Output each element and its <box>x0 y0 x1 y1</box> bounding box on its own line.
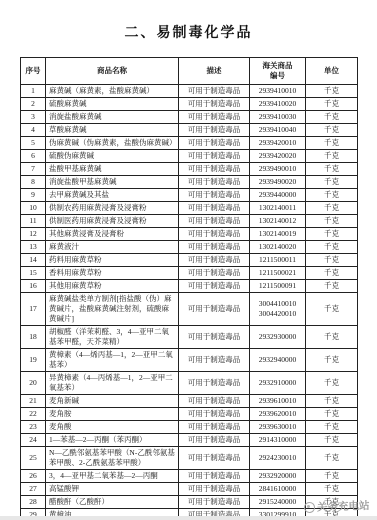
product-name: 胡椒醛（洋茉莉醛、3，4—亚甲二氧基苯甲醛，天芥菜精） <box>46 326 179 349</box>
product-name: 醋酸酐（乙酸酐） <box>46 496 179 509</box>
hs-code: 3004410010 3004420010 <box>250 293 306 326</box>
product-name: 供制医药用麻黄浸膏及浸膏粉 <box>46 215 179 228</box>
unit: 千克 <box>306 189 358 202</box>
description: 可用于制造毒品 <box>179 228 250 241</box>
unit: 千克 <box>306 395 358 408</box>
unit: 千克 <box>306 326 358 349</box>
table-row: 1麻黄碱（麻黄素，盐酸麻黄碱）可用于制造毒品2939410010千克 <box>21 85 358 98</box>
unit: 千克 <box>306 111 358 124</box>
row-number: 6 <box>21 150 46 163</box>
description: 可用于制造毒品 <box>179 241 250 254</box>
hs-code: 2841610000 <box>250 483 306 496</box>
table-row: 11供制医药用麻黄浸膏及浸膏粉可用于制造毒品1302140012千克 <box>21 215 358 228</box>
watermark-text: 关务充电站 <box>316 498 369 515</box>
description: 可用于制造毒品 <box>179 408 250 421</box>
hs-code: 2932910000 <box>250 372 306 395</box>
unit: 千克 <box>306 470 358 483</box>
table-row: 8消旋盐酸甲基麻黄碱可用于制造毒品2939490020千克 <box>21 176 358 189</box>
row-number: 12 <box>21 228 46 241</box>
description: 可用于制造毒品 <box>179 496 250 509</box>
table-row: 18胡椒醛（洋茉莉醛、3，4—亚甲二氧基苯甲醛，天芥菜精）可用于制造毒品2932… <box>21 326 358 349</box>
row-number: 7 <box>21 163 46 176</box>
description: 可用于制造毒品 <box>179 176 250 189</box>
column-header: 描述 <box>179 58 250 85</box>
description: 可用于制造毒品 <box>179 267 250 280</box>
table-row: 13麻黄液汁可用于制造毒品1302140020千克 <box>21 241 358 254</box>
product-name: 去甲麻黄碱及其盐 <box>46 189 179 202</box>
row-number: 28 <box>21 496 46 509</box>
product-name: 硫酸麻黄碱 <box>46 98 179 111</box>
hs-code: 2939630010 <box>250 421 306 434</box>
row-number: 18 <box>21 326 46 349</box>
unit: 千克 <box>306 228 358 241</box>
description: 可用于制造毒品 <box>179 124 250 137</box>
table-row: 25N—乙酰邻氨基苯甲酸（N-乙酰邻氨基苯甲酸、2-乙酰氨基苯甲酸）可用于制造毒… <box>21 447 358 470</box>
table-row: 17麻黄碱盐类单方制剂[指盐酸（伪）麻黄碱片，盐酸麻黄碱注射剂，硫酸麻黄碱片]可… <box>21 293 358 326</box>
product-name: 黄樟素（4—烯丙基—1，2—亚甲二氧基苯） <box>46 349 179 372</box>
watermark-logo-icon <box>303 502 314 513</box>
table-row: 4草酸麻黄碱可用于制造毒品2939410040千克 <box>21 124 358 137</box>
bottom-separator <box>0 516 377 520</box>
table-row: 12其他麻黄浸膏及浸膏粉可用于制造毒品1302140019千克 <box>21 228 358 241</box>
hs-code: 1302140019 <box>250 228 306 241</box>
unit: 千克 <box>306 98 358 111</box>
row-number: 11 <box>21 215 46 228</box>
unit: 千克 <box>306 483 358 496</box>
hs-code: 2932940000 <box>250 349 306 372</box>
product-name: 1—苯基—2—丙酮（苯丙酮） <box>46 434 179 447</box>
product-name: 麻黄液汁 <box>46 241 179 254</box>
product-name: 香料用麻黄草粉 <box>46 267 179 280</box>
unit: 千克 <box>306 137 358 150</box>
hs-code: 2939440000 <box>250 189 306 202</box>
table-row: 20异黄樟素（4—丙烯基—1，2—亚甲二氧基苯）可用于制造毒品293291000… <box>21 372 358 395</box>
table-row: 2硫酸麻黄碱可用于制造毒品2939410020千克 <box>21 98 358 111</box>
hs-code: 2932920000 <box>250 470 306 483</box>
hs-code: 2939610010 <box>250 395 306 408</box>
unit: 千克 <box>306 124 358 137</box>
hs-code: 2939420010 <box>250 137 306 150</box>
column-header: 单位 <box>306 58 358 85</box>
table-row: 6硫酸伪麻黄碱可用于制造毒品2939420020千克 <box>21 150 358 163</box>
table-row: 7盐酸甲基麻黄碱可用于制造毒品2939490010千克 <box>21 163 358 176</box>
hs-code: 2939620010 <box>250 408 306 421</box>
hs-code: 1211500011 <box>250 254 306 267</box>
product-name: 麻黄碱盐类单方制剂[指盐酸（伪）麻黄碱片，盐酸麻黄碱注射剂，硫酸麻黄碱片] <box>46 293 179 326</box>
product-name: 伪麻黄碱（伪麻黄素，盐酸伪麻黄碱） <box>46 137 179 150</box>
description: 可用于制造毒品 <box>179 150 250 163</box>
description: 可用于制造毒品 <box>179 215 250 228</box>
table-row: 14药料用麻黄草粉可用于制造毒品1211500011千克 <box>21 254 358 267</box>
product-name: N—乙酰邻氨基苯甲酸（N-乙酰邻氨基苯甲酸、2-乙酰氨基苯甲酸） <box>46 447 179 470</box>
watermark: 关务充电站 <box>303 498 369 515</box>
row-number: 26 <box>21 470 46 483</box>
row-number: 14 <box>21 254 46 267</box>
description: 可用于制造毒品 <box>179 280 250 293</box>
hs-code: 1211500021 <box>250 267 306 280</box>
description: 可用于制造毒品 <box>179 189 250 202</box>
unit: 千克 <box>306 241 358 254</box>
description: 可用于制造毒品 <box>179 326 250 349</box>
unit: 千克 <box>306 372 358 395</box>
row-number: 4 <box>21 124 46 137</box>
product-name: 其他麻黄浸膏及浸膏粉 <box>46 228 179 241</box>
row-number: 27 <box>21 483 46 496</box>
unit: 千克 <box>306 267 358 280</box>
table-body: 1麻黄碱（麻黄素，盐酸麻黄碱）可用于制造毒品2939410010千克2硫酸麻黄碱… <box>21 85 358 520</box>
hs-code: 2924230010 <box>250 447 306 470</box>
product-name: 麦角酸 <box>46 421 179 434</box>
column-header: 商品名称 <box>46 58 179 85</box>
row-number: 19 <box>21 349 46 372</box>
row-number: 16 <box>21 280 46 293</box>
hs-code: 2939420020 <box>250 150 306 163</box>
row-number: 1 <box>21 85 46 98</box>
unit: 千克 <box>306 349 358 372</box>
hs-code: 1302140012 <box>250 215 306 228</box>
row-number: 3 <box>21 111 46 124</box>
description: 可用于制造毒品 <box>179 293 250 326</box>
unit: 千克 <box>306 254 358 267</box>
table-row: 15香料用麻黄草粉可用于制造毒品1211500021千克 <box>21 267 358 280</box>
product-name: 麦角胺 <box>46 408 179 421</box>
description: 可用于制造毒品 <box>179 470 250 483</box>
row-number: 5 <box>21 137 46 150</box>
table-row: 3消旋盐酸麻黄碱可用于制造毒品2939410030千克 <box>21 111 358 124</box>
row-number: 9 <box>21 189 46 202</box>
column-header: 序号 <box>21 58 46 85</box>
precursor-chemicals-table: 序号商品名称描述海关商品 编号单位 1麻黄碱（麻黄素，盐酸麻黄碱）可用于制造毒品… <box>20 57 358 520</box>
product-name: 麦角新碱 <box>46 395 179 408</box>
description: 可用于制造毒品 <box>179 85 250 98</box>
unit: 千克 <box>306 293 358 326</box>
table-row: 21麦角新碱可用于制造毒品2939610010千克 <box>21 395 358 408</box>
table-row: 22麦角胺可用于制造毒品2939620010千克 <box>21 408 358 421</box>
product-name: 硫酸伪麻黄碱 <box>46 150 179 163</box>
table-row: 23麦角酸可用于制造毒品2939630010千克 <box>21 421 358 434</box>
hs-code: 2914310000 <box>250 434 306 447</box>
table-row: 263，4—亚甲基二氧苯基—2—丙酮可用于制造毒品2932920000千克 <box>21 470 358 483</box>
column-header: 海关商品 编号 <box>250 58 306 85</box>
hs-code: 2939410030 <box>250 111 306 124</box>
product-name: 草酸麻黄碱 <box>46 124 179 137</box>
unit: 千克 <box>306 421 358 434</box>
description: 可用于制造毒品 <box>179 163 250 176</box>
unit: 千克 <box>306 202 358 215</box>
table-row: 27高锰酸钾可用于制造毒品2841610000千克 <box>21 483 358 496</box>
product-name: 异黄樟素（4—丙烯基—1，2—亚甲二氧基苯） <box>46 372 179 395</box>
product-name: 消旋盐酸甲基麻黄碱 <box>46 176 179 189</box>
table-row: 241—苯基—2—丙酮（苯丙酮）可用于制造毒品2914310000千克 <box>21 434 358 447</box>
product-name: 药料用麻黄草粉 <box>46 254 179 267</box>
unit: 千克 <box>306 85 358 98</box>
hs-code: 2939410020 <box>250 98 306 111</box>
product-name: 供制农药用麻黄浸膏及浸膏粉 <box>46 202 179 215</box>
row-number: 17 <box>21 293 46 326</box>
hs-code: 2939490020 <box>250 176 306 189</box>
table-row: 10供制农药用麻黄浸膏及浸膏粉可用于制造毒品1302140011千克 <box>21 202 358 215</box>
unit: 千克 <box>306 176 358 189</box>
document-page: 二、易制毒化学品 序号商品名称描述海关商品 编号单位 1麻黄碱（麻黄素，盐酸麻黄… <box>0 0 377 520</box>
description: 可用于制造毒品 <box>179 349 250 372</box>
unit: 千克 <box>306 163 358 176</box>
page-title: 二、易制毒化学品 <box>0 0 377 42</box>
row-number: 10 <box>21 202 46 215</box>
product-name: 高锰酸钾 <box>46 483 179 496</box>
description: 可用于制造毒品 <box>179 202 250 215</box>
row-number: 23 <box>21 421 46 434</box>
description: 可用于制造毒品 <box>179 111 250 124</box>
table-row: 5伪麻黄碱（伪麻黄素，盐酸伪麻黄碱）可用于制造毒品2939420010千克 <box>21 137 358 150</box>
table-header-row: 序号商品名称描述海关商品 编号单位 <box>21 58 358 85</box>
product-name: 3，4—亚甲基二氧苯基—2—丙酮 <box>46 470 179 483</box>
hs-code: 1302140020 <box>250 241 306 254</box>
hs-code: 2915240000 <box>250 496 306 509</box>
description: 可用于制造毒品 <box>179 137 250 150</box>
unit: 千克 <box>306 280 358 293</box>
row-number: 13 <box>21 241 46 254</box>
unit: 千克 <box>306 447 358 470</box>
hs-code: 2939410040 <box>250 124 306 137</box>
description: 可用于制造毒品 <box>179 372 250 395</box>
unit: 千克 <box>306 408 358 421</box>
product-name: 其他用麻黄草粉 <box>46 280 179 293</box>
description: 可用于制造毒品 <box>179 447 250 470</box>
row-number: 22 <box>21 408 46 421</box>
description: 可用于制造毒品 <box>179 434 250 447</box>
hs-code: 2939490010 <box>250 163 306 176</box>
unit: 千克 <box>306 150 358 163</box>
product-name: 盐酸甲基麻黄碱 <box>46 163 179 176</box>
hs-code: 2932930000 <box>250 326 306 349</box>
description: 可用于制造毒品 <box>179 98 250 111</box>
row-number: 15 <box>21 267 46 280</box>
product-name: 麻黄碱（麻黄素，盐酸麻黄碱） <box>46 85 179 98</box>
table-row: 19黄樟素（4—烯丙基—1，2—亚甲二氧基苯）可用于制造毒品2932940000… <box>21 349 358 372</box>
row-number: 24 <box>21 434 46 447</box>
description: 可用于制造毒品 <box>179 395 250 408</box>
hs-code: 1211500091 <box>250 280 306 293</box>
row-number: 2 <box>21 98 46 111</box>
row-number: 21 <box>21 395 46 408</box>
description: 可用于制造毒品 <box>179 254 250 267</box>
description: 可用于制造毒品 <box>179 421 250 434</box>
unit: 千克 <box>306 215 358 228</box>
unit: 千克 <box>306 434 358 447</box>
table-row: 9去甲麻黄碱及其盐可用于制造毒品2939440000千克 <box>21 189 358 202</box>
hs-code: 2939410010 <box>250 85 306 98</box>
description: 可用于制造毒品 <box>179 483 250 496</box>
row-number: 25 <box>21 447 46 470</box>
row-number: 20 <box>21 372 46 395</box>
hs-code: 1302140011 <box>250 202 306 215</box>
product-name: 消旋盐酸麻黄碱 <box>46 111 179 124</box>
row-number: 8 <box>21 176 46 189</box>
table-row: 16其他用麻黄草粉可用于制造毒品1211500091千克 <box>21 280 358 293</box>
